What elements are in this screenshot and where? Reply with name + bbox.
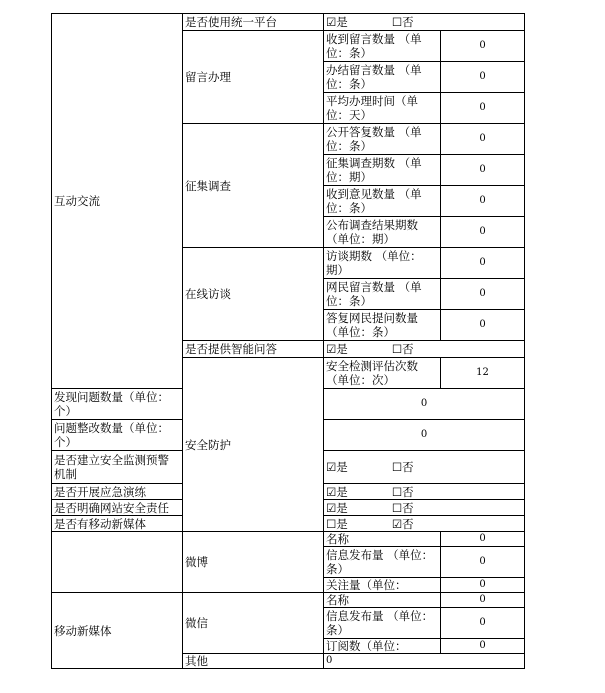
metric-value: 0 <box>441 217 525 248</box>
weibo-label: 微博 <box>183 532 324 593</box>
checkbox-no[interactable]: ☐否 <box>392 485 414 499</box>
check-label: 是否开展应急演练 <box>52 484 183 500</box>
message-handling-label: 留言办理 <box>183 31 324 124</box>
metric-label: 名称 <box>324 532 441 547</box>
metric-value: 0 <box>441 155 525 186</box>
checkbox-yes-checked[interactable]: ☑是 <box>326 15 348 29</box>
metric-label: 信息发布量 （单位：条） <box>324 547 441 578</box>
checkbox-yes[interactable]: ☐是 <box>326 517 348 531</box>
metric-value: 0 <box>441 248 525 279</box>
metric-value: 0 <box>441 124 525 155</box>
metric-value: 0 <box>441 186 525 217</box>
unified-platform-label: 是否使用统一平台 <box>183 14 324 31</box>
metric-value: 0 <box>441 310 525 341</box>
check-options: ☐是☑否 <box>324 516 525 532</box>
metric-value: 0 <box>441 532 525 547</box>
online-interview-label: 在线访谈 <box>183 248 324 341</box>
other-value: 0 <box>324 654 525 669</box>
smart-qa-label: 是否提供智能问答 <box>183 341 324 358</box>
metric-label: 订阅数（单位： <box>324 639 441 654</box>
metric-value: 0 <box>441 593 525 608</box>
checkbox-yes-checked[interactable]: ☑是 <box>326 485 348 499</box>
metric-label: 平均办理时间（单位：天） <box>324 93 441 124</box>
metric-label: 征集调查期数 （单位：期） <box>324 155 441 186</box>
smart-qa-options: ☑是☐否 <box>324 341 525 358</box>
metric-label: 信息发布量 （单位：条） <box>324 608 441 639</box>
metric-label: 公开答复数量 （单位：条） <box>324 124 441 155</box>
check-options: ☑是☐否 <box>324 500 525 516</box>
metric-value: 0 <box>441 578 525 593</box>
metric-value: 0 <box>441 608 525 639</box>
metric-label: 收到意见数量 （单位：条） <box>324 186 441 217</box>
metric-value: 0 <box>441 279 525 310</box>
checkbox-yes-checked[interactable]: ☑是 <box>326 460 348 474</box>
metric-value: 0 <box>441 93 525 124</box>
check-options: ☑是☐否 <box>324 451 525 484</box>
category-new-media: 移动新媒体 <box>52 593 183 669</box>
checkbox-no[interactable]: ☐否 <box>392 342 414 356</box>
checkbox-no[interactable]: ☐否 <box>392 15 414 29</box>
metric-label: 办结留言数量 （单位：条） <box>324 62 441 93</box>
metric-value: 0 <box>324 389 525 420</box>
metric-label: 安全检测评估次数（单位：次） <box>324 358 441 389</box>
unified-platform-options: ☑是☐否 <box>324 14 525 31</box>
metric-label: 答复网民提问数量（单位：条） <box>324 310 441 341</box>
statistics-table: 互动交流 是否使用统一平台 ☑是☐否 留言办理 收到留言数量 （单位：条） 0 … <box>51 13 525 669</box>
wechat-label: 微信 <box>183 593 324 654</box>
check-label: 是否明确网站安全责任 <box>52 500 183 516</box>
metric-value: 0 <box>441 31 525 62</box>
other-label: 其他 <box>183 654 324 669</box>
metric-label: 公布调查结果期数（单位：期） <box>324 217 441 248</box>
metric-value: 0 <box>324 420 525 451</box>
metric-label: 问题整改数量（单位：个） <box>52 420 183 451</box>
category-interaction: 互动交流 <box>52 14 183 389</box>
metric-value: 12 <box>441 358 525 389</box>
metric-label: 网民留言数量 （单位：条） <box>324 279 441 310</box>
checkbox-no[interactable]: ☐否 <box>392 501 414 515</box>
metric-label: 访谈期数 （单位：期） <box>324 248 441 279</box>
category-security-continued <box>52 532 183 593</box>
check-label: 是否有移动新媒体 <box>52 516 183 532</box>
check-label: 是否建立安全监测预警机制 <box>52 451 183 484</box>
checkbox-no-checked[interactable]: ☑否 <box>392 517 414 531</box>
metric-label: 名称 <box>324 593 441 608</box>
survey-label: 征集调查 <box>183 124 324 248</box>
checkbox-no[interactable]: ☐否 <box>392 460 414 474</box>
category-security: 安全防护 <box>183 358 324 532</box>
check-options: ☑是☐否 <box>324 484 525 500</box>
checkbox-yes-checked[interactable]: ☑是 <box>326 501 348 515</box>
metric-value: 0 <box>441 639 525 654</box>
metric-label: 关注量（单位： <box>324 578 441 593</box>
metric-value: 0 <box>441 62 525 93</box>
checkbox-yes-checked[interactable]: ☑是 <box>326 342 348 356</box>
metric-label: 收到留言数量 （单位：条） <box>324 31 441 62</box>
metric-label: 发现问题数量（单位：个） <box>52 389 183 420</box>
metric-value: 0 <box>441 547 525 578</box>
